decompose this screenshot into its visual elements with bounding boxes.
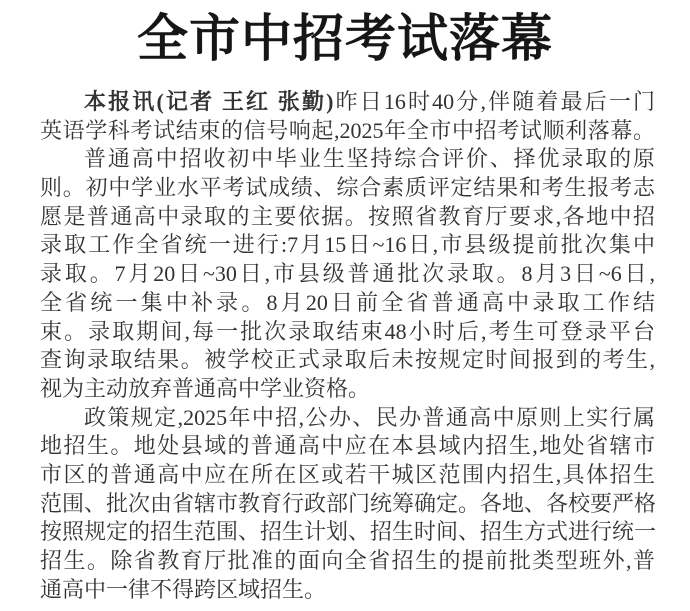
article-line: 录取。7月20日~30日,市县级普通批次录取。8月3日~6日, (40, 260, 655, 289)
article-title: 全市中招考试落幕 (0, 8, 690, 70)
article-line: 市区的普通高中应在所在区或若干城区范围内招生,具体招生 (40, 461, 655, 490)
article-line: 招生。除省教育厅批准的面向全省招生的提前批类型班外,普 (40, 547, 655, 576)
article-line: 按照规定的招生范围、招生计划、招生时间、招生方式进行统一 (40, 518, 655, 547)
article-line: 通高中一律不得跨区域招生。 (40, 576, 655, 605)
article-line: 查询录取结果。被学校正式录取后未按规定时间报到的考生, (40, 346, 655, 375)
article-line: 英语学科考试结束的信号响起,2025年全市中招考试顺利落幕。 (40, 117, 655, 146)
article-line: 本报讯(记者 王红 张勤)昨日16时40分,伴随着最后一门 (40, 88, 655, 117)
article-line: 地招生。地处县域的普通高中应在本县域内招生,地处省辖市 (40, 432, 655, 461)
article-line: 普通高中招收初中毕业生坚持综合评价、择优录取的原 (40, 145, 655, 174)
article-byline: 本报讯(记者 王红 张勤) (84, 89, 333, 114)
article-line: 政策规定,2025年中招,公办、民办普通高中原则上实行属 (40, 404, 655, 433)
article-body: 本报讯(记者 王红 张勤)昨日16时40分,伴随着最后一门 英语学科考试结束的信… (40, 88, 655, 604)
article-line: 则。初中学业水平考试成绩、综合素质评定结果和考生报考志 (40, 174, 655, 203)
article-line: 束。录取期间,每一批次录取结束48小时后,考生可登录平台 (40, 318, 655, 347)
article-line: 录取工作全省统一进行:7月15日~16日,市县级提前批次集中 (40, 231, 655, 260)
article-line: 范围、批次由省辖市教育行政部门统筹确定。各地、各校要严格 (40, 490, 655, 519)
article-line: 视为主动放弃普通高中学业资格。 (40, 375, 655, 404)
article-line: 全省统一集中补录。8月20日前全省普通高中录取工作结 (40, 289, 655, 318)
newspaper-article-page: 全市中招考试落幕 本报讯(记者 王红 张勤)昨日16时40分,伴随着最后一门 英… (0, 0, 690, 611)
article-line-text: 昨日16时40分,伴随着最后一门 (333, 89, 655, 114)
article-line: 愿是普通高中录取的主要依据。按照省教育厅要求,各地中招 (40, 203, 655, 232)
